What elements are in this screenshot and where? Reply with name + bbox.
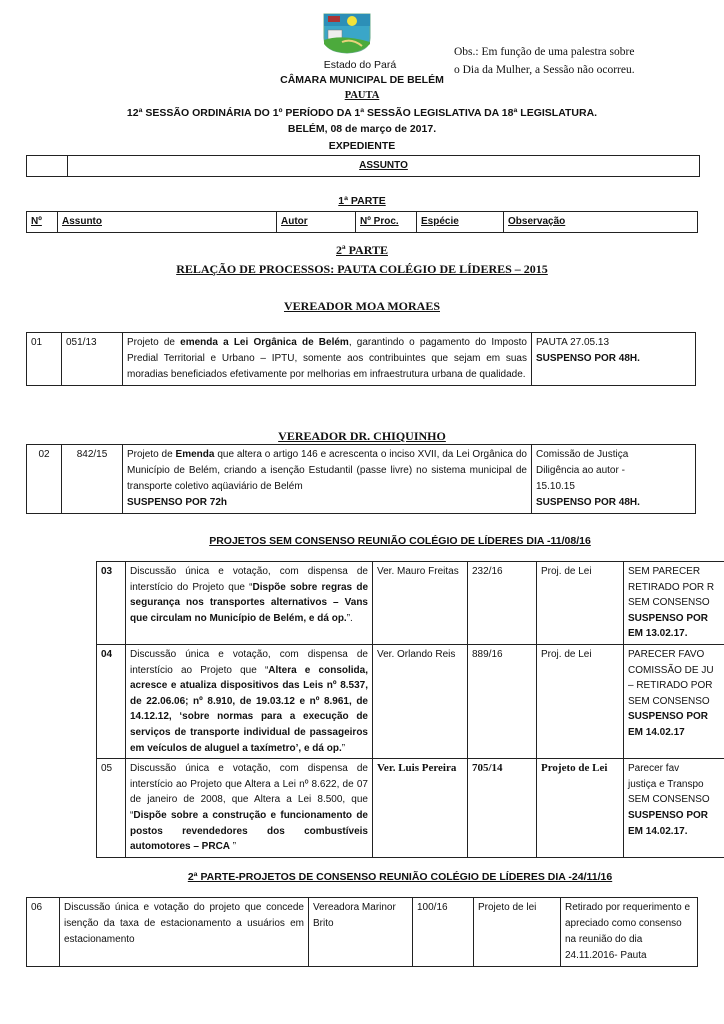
section-expediente: EXPEDIENTE — [0, 140, 724, 152]
table-row: 01 051/13 Projeto de emenda a Lei Orgâni… — [27, 333, 696, 386]
observation-line-1: Obs.: Em função de uma palestra sobre — [454, 43, 674, 61]
sem-consenso-title: PROJETOS SEM CONSENSO REUNIÃO COLÉGIO DE… — [100, 535, 700, 547]
table-row: 05 Discussão única e votação, com dispen… — [97, 759, 724, 858]
row-proc: 705/14 — [468, 759, 537, 858]
table-row: 06 Discussão única e votação do projeto … — [27, 898, 698, 967]
row-proc: 100/16 — [413, 898, 474, 967]
col-num: Nº — [27, 212, 58, 233]
parte1-header-table: Nº Assunto Autor Nº Proc. Espécie Observ… — [26, 211, 698, 233]
row-species: Projeto de Lei — [537, 759, 624, 858]
row-num: 06 — [27, 898, 60, 967]
row-proc: 051/13 — [62, 333, 123, 386]
consenso-title: 2ª PARTE-PROJETOS DE CONSENSO REUNIÃO CO… — [100, 871, 700, 883]
row-observation: Comissão de JustiçaDiligência ao autor -… — [532, 445, 696, 514]
row-num: 04 — [97, 644, 126, 758]
author-heading-moa-moraes: VEREADOR MOA MORAES — [0, 299, 724, 314]
row-author: Ver. Luis Pereira — [373, 759, 468, 858]
table-row: 03 Discussão única e votação, com dispen… — [97, 562, 724, 645]
row-observation: Parecer favjustiça e TranspoSEM CONSENSO… — [624, 759, 724, 858]
row-author: Vereadora Marinor Brito — [309, 898, 413, 967]
chamber-name: CÂMARA MUNICIPAL DE BELÉM — [0, 74, 724, 86]
row-observation: PARECER FAVOCOMISSÃO DE JU– RETIRADO POR… — [624, 644, 724, 758]
sem-consenso-table: 03 Discussão única e votação, com dispen… — [96, 561, 724, 858]
row-description: Discussão única e votação do projeto que… — [60, 898, 309, 967]
row-num: 01 — [27, 333, 62, 386]
parte2-subtitle: RELAÇÃO DE PROCESSOS: PAUTA COLÉGIO DE L… — [0, 262, 724, 277]
row-author: Ver. Orlando Reis — [373, 644, 468, 758]
parte2-title: 2ª PARTE — [0, 243, 724, 258]
row-description: Discussão única e votação, com dispensa … — [126, 644, 373, 758]
expediente-num-cell — [27, 156, 68, 177]
expediente-table: ASSUNTO — [26, 155, 700, 177]
col-autor: Autor — [277, 212, 356, 233]
coat-of-arms-logo — [322, 12, 372, 54]
row-description: Discussão única e votação, com dispensa … — [126, 759, 373, 858]
author-heading-dr-chiquinho: VEREADOR DR. CHIQUINHO — [0, 429, 724, 444]
sem-consenso-clip: 03 Discussão única e votação, com dispen… — [96, 561, 724, 871]
col-observacao: Observação — [504, 212, 698, 233]
row-description: Projeto de emenda a Lei Orgânica de Belé… — [123, 333, 532, 386]
col-proc: Nº Proc. — [356, 212, 417, 233]
state-label: Estado do Pará — [300, 59, 420, 71]
row-observation: PAUTA 27.05.13SUSPENSO POR 48H. — [532, 333, 696, 386]
row-species: Projeto de lei — [474, 898, 561, 967]
row-proc: 232/16 — [468, 562, 537, 645]
col-especie: Espécie — [417, 212, 504, 233]
row-author: Ver. Mauro Freitas — [373, 562, 468, 645]
row-description: Projeto de Emenda que altera o artigo 14… — [123, 445, 532, 514]
row-proc: 842/15 — [62, 445, 123, 514]
row-num: 03 — [97, 562, 126, 645]
process-table-01: 01 051/13 Projeto de emenda a Lei Orgâni… — [26, 332, 696, 386]
row-species: Proj. de Lei — [537, 644, 624, 758]
session-date: BELÉM, 08 de março de 2017. — [0, 123, 724, 135]
row-proc: 889/16 — [468, 644, 537, 758]
row-num: 05 — [97, 759, 126, 858]
process-table-02: 02 842/15 Projeto de Emenda que altera o… — [26, 444, 696, 514]
row-species: Proj. de Lei — [537, 562, 624, 645]
row-num: 02 — [27, 445, 62, 514]
row-observation: SEM PARECERRETIRADO POR RSEM CONSENSOSUS… — [624, 562, 724, 645]
parte1-title: 1ª PARTE — [0, 195, 724, 207]
table-row: 04 Discussão única e votação, com dispen… — [97, 644, 724, 758]
table-row: 02 842/15 Projeto de Emenda que altera o… — [27, 445, 696, 514]
row-observation: Retirado por requerimento e apreciado co… — [561, 898, 698, 967]
col-assunto: Assunto — [58, 212, 277, 233]
expediente-assunto-header: ASSUNTO — [68, 156, 700, 177]
row-description: Discussão única e votação, com dispensa … — [126, 562, 373, 645]
session-title: 12ª SESSÃO ORDINÁRIA DO 1º PERÍODO DA 1ª… — [0, 107, 724, 119]
consenso-table: 06 Discussão única e votação do projeto … — [26, 897, 698, 967]
doc-type: PAUTA — [0, 90, 724, 101]
